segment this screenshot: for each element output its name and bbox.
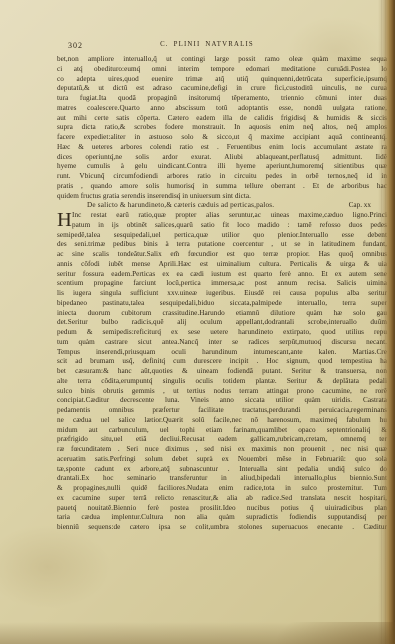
text-line: Inc restat earũ ratio,quæ propter alias … [57,211,387,221]
text-line: sulco binis obrutis gemmis , ut tertius … [57,387,387,397]
page-bottom-edge [0,622,395,644]
chapter-heading: De salicto & harundineto,& cæteris cædui… [57,201,387,211]
text-line: ex cacumine super terrã relicto renascit… [57,494,387,504]
text-line: runt. Vbicunq̃ circumfodiendi arbores ra… [57,172,387,182]
text-line: aceruatim satis.Perfringi solum debet su… [57,455,387,465]
text-line: annis cõfodi iubẽt mense Aprili.Hæc est … [57,260,387,270]
text-line: midum aut carbunculum, uel tophi etiam f… [57,426,387,436]
text-line: lis iugera singula sufficiunt xxv.uineæ … [57,289,387,299]
text-line: des seni.trimæ pedibus binis à terra put… [57,240,387,250]
text-line: taria cædua implentur.Cultura non alia q… [57,513,387,523]
text-line: & propagines,nulli quidẽ faciliores.Nuda… [57,484,387,494]
book-page-photo: 302 C. PLINII NATVRALIS bet,non ampliore… [0,0,395,644]
text-line: co adepta uires,quod euenire trimæ atq̃ … [57,75,387,85]
text-line: scit ad brumam usq̃, definitq́ cum dures… [57,357,387,367]
text-line: quidem fructus gratia serendis inserendi… [57,192,387,202]
text-line: supra dicta ratio,& scrobes fodere monst… [57,123,387,133]
text-line: bienniũ sequens:de cætero ipsa se colit,… [57,523,387,533]
running-head: C. PLINII NATVRALIS [57,41,357,48]
text-line: drantali.Ex hoc seminario transferuntur … [57,474,387,484]
text-line: scentium propagine farciunt locũ,pertica… [57,279,387,289]
text-line: ræ fœcunditatem . Seri nuce diximus , se… [57,445,387,455]
text-line: bet cæsuram:& hanc aũt,quoties & uineam … [57,367,387,377]
paragraph-2-lines: Inc restat earũ ratio,quæ propter alias … [57,211,387,533]
text-line: tæ,sponte cadunt ex arbore,atq̃ subnascu… [57,465,387,475]
text-line: seritur fossura eadem.Perticas ex ea cæd… [57,270,387,280]
text-line: concipiat.Cæditur decrescente luna. Vine… [57,396,387,406]
text-line: bipedaneo pastinatu,talea sesquipedali,b… [57,299,387,309]
text-line: præfrigido situ,uel etiã decliui.Recusat… [57,435,387,445]
text-line: tura fugiat.Ita quodã propaginũ insitoru… [57,94,387,104]
text-line: matres coalescere.Quarto anno abscissum … [57,104,387,114]
paragraph-2: H Inc restat earũ ratio,quæ propter alia… [57,211,387,533]
text-line: Hæc & ueteres arbores colendi ratio est … [57,143,387,153]
chapter-number: Cap. xx [349,201,371,211]
text-line: bet,non ampliore interuallo,q̃ ut contin… [57,55,387,65]
text-line: pratis , quando amore solis humorisq́ in… [57,182,387,192]
text-line: pedamentis omnibus præfertur facilitate … [57,406,387,416]
text-line: pauetq́ nouitatẽ.Biennio ferè postea pro… [57,504,387,514]
drop-cap-initial: H [57,211,70,231]
text-line: dices operiuntq́,ne solis ardor exurat. … [57,153,387,163]
text-line: tum quàm castrare sicut antea.Nancq̃ int… [57,338,387,348]
text-line: ci atq́ obedituro:eumq́ omni interim tem… [57,65,387,75]
text-line: ac sine scalis tondeãtur.Salix em̃ fœcun… [57,250,387,260]
paragraph-1: bet,non ampliore interuallo,q̃ ut contin… [57,55,387,201]
text-line: aut mihi certe satis cõperta. Cætero ead… [57,114,387,124]
text-line: ne cædua uel salice lætior.Quærit solũ f… [57,416,387,426]
text-line: alte terra cõdita,erumpuntq́ singulis oc… [57,377,387,387]
chapter-title: De salicto & harundineto,& cæteris cædui… [87,201,274,211]
text-line: Tempus inserendi,priusquam oculi harundi… [57,348,387,358]
text-line: det.Seritur bulbo radicis,quẽ alij oculu… [57,318,387,328]
body-text: bet,non ampliore interuallo,q̃ ut contin… [57,55,387,533]
text-line: pedum & semipedis:reficiturq́ ex sese ue… [57,328,387,338]
text-line: patum in ijs obtinẽt salices,quarũ satio… [57,221,387,231]
text-line: iniecta duorum cubitorum crassitudine.Ha… [57,309,387,319]
text-line: deputatũ,& ut dictũ est adraso cacumine,… [57,84,387,94]
text-line: semipedẽ,talea sesquipedali,uel pertica,… [57,231,387,241]
text-line: facere expediet:aliter in æstuoso solo &… [57,133,387,143]
text-line: hyeme cumulis à gelu uindicant.Contra il… [57,162,387,172]
